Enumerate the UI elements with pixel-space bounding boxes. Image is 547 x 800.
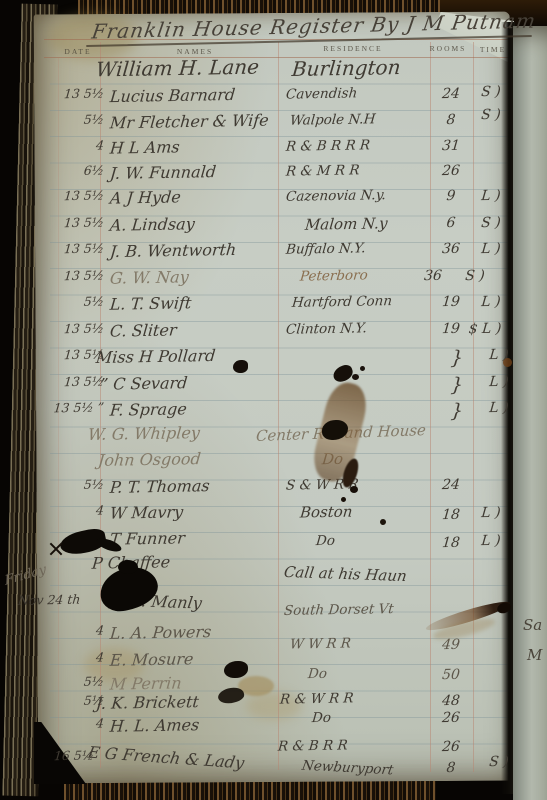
guest-name: John Osgood — [97, 449, 201, 470]
time-mark: L ) — [475, 400, 522, 417]
guest-name: W Mavry — [109, 502, 184, 522]
ink-dot — [350, 486, 358, 493]
table-row: 4 W Mavry Boston 18 L ) — [0, 503, 547, 529]
ink-dot — [341, 497, 346, 502]
brace-mark: } — [435, 400, 479, 423]
entry-date: 4 — [45, 715, 104, 731]
table-row: 5½ P. T. Thomas S & W R R 24 — [0, 477, 547, 503]
guest-name: H. L. Ames — [109, 715, 200, 736]
table-row: 13 5½ G. W. Nay Peterboro 36 S ) — [0, 268, 547, 294]
guest-name: William H. Lane — [95, 55, 260, 82]
room-number: 24 — [429, 477, 472, 494]
table-row: 13 5½ ” C Sevard } L ) — [0, 374, 547, 400]
guest-name: A. Lindsay — [109, 214, 195, 235]
guest-name: L. T. Swift — [109, 293, 192, 313]
guest-name: Mr Fletcher & Wife — [109, 111, 269, 133]
guest-name: F. Sprage — [109, 399, 188, 419]
guest-name: W. G. Whipley — [87, 423, 201, 444]
guest-name: Miss H Pollard — [95, 346, 216, 367]
entry-date: 4 — [45, 622, 104, 638]
entry-date: 13 5½ — [45, 267, 104, 283]
table-row: 5½ L. T. Swift Hartford Conn 19 L ) — [0, 294, 547, 320]
table-row: 4 H L Ams R & B R R R 31 — [0, 138, 547, 164]
guest-name: J. B. Wentworth — [109, 240, 237, 261]
table-row: 13 5½ A. Lindsay Malom N.y 6 S ) — [0, 215, 547, 241]
entry-date: 13 5½ — [45, 214, 104, 230]
room-number: 8 — [429, 112, 472, 129]
room-number: 8 — [429, 760, 472, 777]
ink-blot — [233, 360, 248, 373]
entry-date: 13 5½ ” — [45, 399, 104, 415]
table-row: 13 5½ Miss H Pollard } L ) — [0, 347, 547, 373]
guest-residence: Peterboro — [299, 267, 368, 284]
entry-date: 13 5½ — [45, 373, 104, 389]
ink-scratch-mark — [48, 541, 64, 557]
room-number: 19 — [429, 294, 472, 311]
guest-residence: Cazenovia N.y. — [285, 187, 386, 205]
table-row: 4 E. Mosure Do 50 — [0, 650, 547, 676]
table-row: 13 5½ C. Sliter Clinton N.Y. 19 $ L ) — [0, 321, 547, 347]
time-mark: L ) — [467, 294, 514, 311]
time-mark: L ) — [467, 505, 514, 522]
guest-residence: R & M R R — [285, 162, 360, 179]
guest-name: H L Ams — [109, 137, 180, 157]
entry-date: 5½ — [45, 111, 104, 127]
room-number: 18 — [429, 535, 472, 552]
room-number: 31 — [429, 138, 472, 155]
brace-mark: } — [435, 374, 479, 397]
guest-residence: Cavendish — [285, 85, 358, 102]
guest-name: G. W. Nay — [109, 267, 189, 287]
entry-date: 4 — [45, 649, 104, 665]
time-mark: L ) — [467, 533, 514, 550]
room-number: 18 — [429, 507, 472, 524]
guest-name: ” C Sevard — [99, 373, 188, 394]
room-number: 26 — [429, 163, 472, 180]
entry-date: 13 5½ — [45, 320, 104, 336]
time-mark: S ) — [467, 84, 514, 101]
room-number: 26 — [429, 710, 472, 727]
guest-residence: South Dorset Vt — [283, 601, 394, 619]
column-header-date: DATE — [52, 47, 104, 56]
time-mark: L ) — [475, 347, 522, 364]
entry-date: 13 5½ — [45, 240, 104, 256]
table-row: 13 5½ A J Hyde Cazenovia N.y. 9 L ) — [0, 188, 547, 214]
guest-residence: Hartford Conn — [291, 293, 392, 311]
ink-blot — [118, 560, 138, 574]
guest-residence: Boston — [299, 503, 353, 522]
table-row: John Osgood Do — [0, 450, 547, 476]
guest-name: P. T. Thomas — [109, 476, 210, 497]
entry-date: 5½ — [45, 673, 104, 689]
time-mark: $ L ) — [461, 321, 508, 338]
guest-residence: Clinton N.Y. — [285, 320, 367, 337]
guest-name: E. Mosure — [109, 649, 194, 669]
time-mark: S ) — [467, 107, 514, 124]
room-number: 24 — [429, 86, 472, 103]
guest-residence: R & B R R R — [285, 137, 370, 154]
ink-dot — [352, 374, 359, 380]
room-number: 9 — [429, 188, 472, 205]
column-header-residence: RESIDENCE — [298, 44, 408, 53]
guest-residence: Buffalo N.Y. — [285, 240, 366, 257]
room-number: 6 — [429, 215, 472, 232]
time-mark: L ) — [467, 241, 514, 258]
guest-residence: Do — [315, 533, 335, 549]
column-header-time: TIME — [466, 45, 520, 54]
brace-mark: } — [435, 347, 479, 370]
table-row: 5½ Mr Fletcher & Wife Walpole N.H 8 S ) — [0, 112, 547, 138]
entry-date: Nov 24 th — [17, 591, 104, 608]
entry-date: 4 — [45, 137, 104, 153]
entry-date: 5½ — [45, 476, 104, 492]
entry-date: 13 5½ — [45, 85, 104, 101]
ink-dot — [360, 366, 365, 371]
room-number: 36 — [429, 241, 472, 258]
entry-date: 4 — [45, 502, 104, 518]
table-row: 13 5½ ” F. Sprage } L ) — [0, 400, 547, 426]
time-mark: S ) — [451, 268, 498, 285]
time-mark: L ) — [475, 374, 522, 391]
table-row: 13 5½ J. B. Wentworth Buffalo N.Y. 36 L … — [0, 241, 547, 267]
table-row: P Chaffee Call at his Haun — [0, 553, 547, 579]
guest-residence: R & W R R — [279, 690, 354, 707]
guest-name: L. A. Powers — [109, 622, 212, 643]
table-row: William H. Lane Burlington — [0, 56, 547, 82]
time-mark: S ) — [475, 754, 522, 771]
guest-name: E G French & Lady — [87, 743, 246, 773]
time-mark: S ) — [467, 215, 514, 232]
entry-date: 13 5½ — [45, 187, 104, 203]
guest-residence: Malom N.y — [304, 214, 388, 233]
table-row: 13 5½ Lucius Barnard Cavendish 24 S ) — [0, 86, 547, 112]
guest-name: C. Sliter — [109, 320, 177, 340]
guest-name: J. K. Brickett — [95, 692, 200, 713]
rust-dot — [503, 358, 512, 367]
entry-date: 6½ — [45, 162, 104, 178]
guest-residence: Walpole N.H — [289, 111, 376, 129]
guest-name: Lucius Barnard — [109, 85, 236, 106]
guest-name: J. W. Funnald — [109, 162, 217, 183]
entry-date: 5½ — [45, 293, 104, 309]
guest-residence: Burlington — [291, 55, 402, 81]
ledger-photo: DATE NAMES RESIDENCE ROOMS TIME Franklin… — [0, 0, 547, 800]
table-row: 16 5½ E G French & Lady Newburyport 8 S … — [0, 748, 547, 774]
time-mark: L ) — [467, 188, 514, 205]
guest-name: A J Hyde — [109, 187, 181, 207]
guest-residence: Do — [311, 710, 331, 726]
ink-dot — [380, 519, 386, 525]
room-number: 48 — [429, 693, 472, 710]
room-number: 36 — [411, 268, 454, 285]
table-row: W. G. Whipley Center Rutland House — [0, 424, 547, 450]
guest-name: M Perrin — [109, 673, 182, 693]
table-row: 6½ J. W. Funnald R & M R R 26 — [0, 163, 547, 189]
